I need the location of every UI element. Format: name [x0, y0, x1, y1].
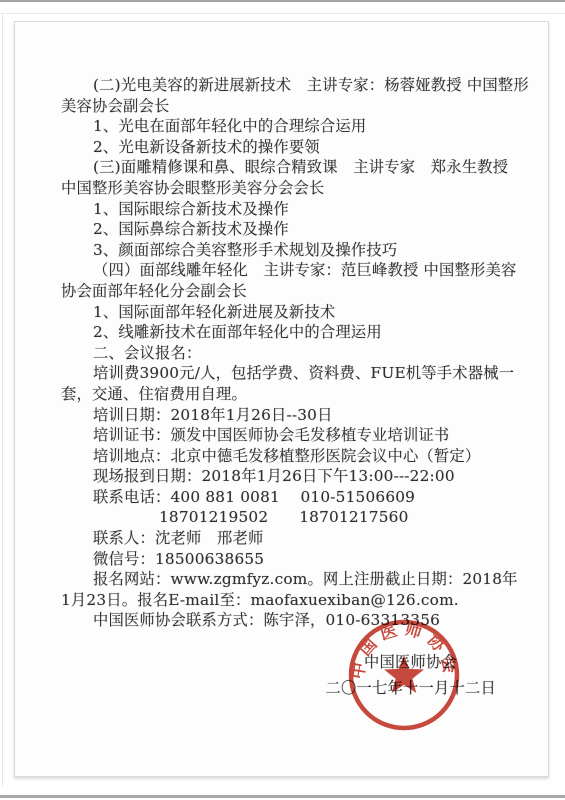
- doc-line: 微信号：18500638655: [61, 549, 533, 570]
- doc-lines: (二)光电美容的新进展新技术 主讲专家：杨蓉娅教授 中国整形美容协会副会长1、光…: [61, 75, 533, 631]
- doc-line: 联系人：沈老师 邢老师: [61, 528, 533, 549]
- doc-line: 1、国际面部年轻化新进展及新技术: [61, 302, 533, 323]
- doc-line: 1、国际眼综合新技术及操作: [61, 199, 533, 220]
- viewer-top-edge: [0, 0, 565, 2]
- doc-line: 中国整形美容协会眼整形美容分会会长: [61, 178, 533, 199]
- doc-line: (三)面雕精修课和鼻、眼综合精致课 主讲专家 郑永生教授: [61, 157, 533, 178]
- doc-line: 培训证书：颁发中国医师协会毛发移植专业培训证书: [61, 425, 533, 446]
- doc-line: 报名网站：www.zgmfyz.com。网上注册截止日期：2018年: [61, 569, 533, 590]
- doc-line: 1、光电在面部年轻化中的合理综合运用: [61, 116, 533, 137]
- doc-line: 联系电话：400 881 0081 010-51506609: [61, 487, 533, 508]
- doc-line: 2、国际鼻综合新技术及操作: [61, 219, 533, 240]
- doc-line: 3、颜面部综合美容整形手术规划及操作技巧: [61, 240, 533, 261]
- doc-line: 协会面部年轻化分会副会长: [61, 281, 533, 302]
- signature-date: 二〇一七年十一月十二日: [61, 678, 533, 699]
- doc-line: 美容协会副会长: [61, 96, 533, 117]
- doc-line: 中国医师协会联系方式：陈宇泽，010-63313356: [61, 610, 533, 631]
- doc-line: 现场报到日期：2018年1月26日下午13:00---22:00: [61, 466, 533, 487]
- doc-line: 1月23日。报名E-mail至：maofaxuexiban@126.com.: [61, 590, 533, 611]
- doc-line: 18701219502 18701217560: [61, 507, 533, 528]
- viewer-top-line: [0, 13, 565, 14]
- doc-line: 套，交通、住宿费用自理。: [61, 384, 533, 405]
- doc-line: 培训日期：2018年1月26日--30日: [61, 405, 533, 426]
- doc-line: 2、线雕新技术在面部年轻化中的合理运用: [61, 322, 533, 343]
- viewer-left-line: [2, 14, 3, 786]
- doc-line: 培训地点：北京中德毛发移植整形医院会议中心（暂定）: [61, 446, 533, 467]
- document-page: (二)光电美容的新进展新技术 主讲专家：杨蓉娅教授 中国整形美容协会副会长1、光…: [14, 21, 549, 777]
- viewer-bottom-band: [0, 795, 565, 798]
- doc-line: 培训费3900元/人，包括学费、资料费、FUE机等手术器械一: [61, 363, 533, 384]
- signature-org: 中国医师协会: [61, 652, 533, 673]
- signature-block: 中国医师协会 二〇一七年十一月十二日: [61, 652, 533, 698]
- doc-line: （四）面部线雕年轻化 主讲专家：范巨峰教授 中国整形美容: [61, 260, 533, 281]
- doc-line: 二、会议报名：: [61, 343, 533, 364]
- doc-line: (二)光电美容的新进展新技术 主讲专家：杨蓉娅教授 中国整形: [61, 75, 533, 96]
- doc-line: 2、光电新设备新技术的操作要领: [61, 137, 533, 158]
- document-body: (二)光电美容的新进展新技术 主讲专家：杨蓉娅教授 中国整形美容协会副会长1、光…: [61, 75, 533, 698]
